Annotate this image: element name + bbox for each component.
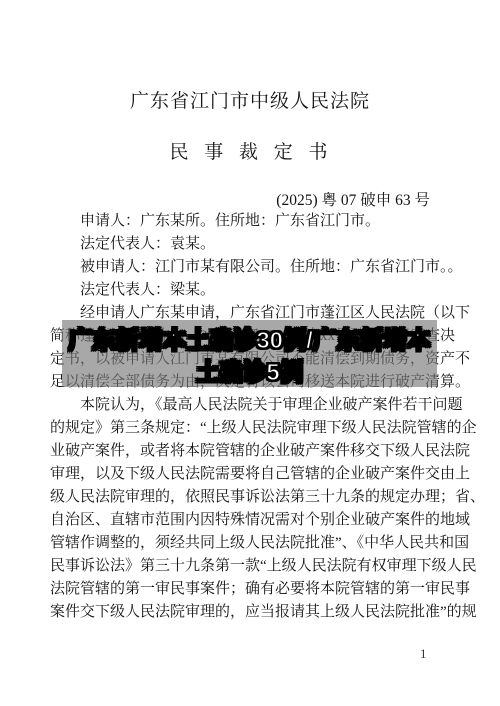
body-line: 审理，以及下级人民法院需要将自己管辖的企业破产案件交由上 — [50, 463, 458, 486]
news-headline-line-1: 广东新增本土确诊30例/广东新增本 — [37, 324, 462, 356]
body-line: 的规定》第三条规定：“上级人民法院审理下级人民法院管辖的企 — [50, 417, 458, 440]
news-headline-text: 广东新增本土确诊30例/广东新增本 土确诊5例 — [37, 324, 462, 388]
body-line: 业破产案件，或者将本院管辖的企业破产案件移交下级人民法院 — [50, 440, 458, 463]
news-headline-overlay: 广东新增本土确诊30例/广东新增本 土确诊5例 — [62, 320, 437, 387]
news-headline-line-2: 土确诊5例 — [37, 356, 462, 388]
body-line: 自治区、直辖市范围内因特殊情况需对个别企业破产案件的地域 — [50, 509, 458, 532]
document-body: 申请人：广东某所。住所地：广东省江门市。 法定代表人：袁某。 被申请人：江门市某… — [50, 210, 458, 624]
body-line: 级人民法院审理的，依照民事诉讼法第三十九条的规定办理；省、 — [50, 486, 458, 509]
body-line: 民事诉讼法》第三十九条第一款“上级人民法院有权审理下级人民 — [50, 555, 458, 578]
body-line: 被申请人：江门市某有限公司。住所地：广东省江门市。。 — [50, 256, 458, 279]
body-line: 管辖作调整的，须经共同上级人民法院批准”、《中华人民共和国 — [50, 532, 458, 555]
body-line: 申请人：广东某所。住所地：广东省江门市。 — [50, 210, 458, 233]
page-number: 1 — [420, 646, 427, 662]
body-line: 法定代表人：梁某。 — [50, 279, 458, 302]
body-line: 案件交下级人民法院审理的，应当报请其上级人民法院批准”的规 — [50, 601, 458, 624]
body-line: 本院认为，《最高人民法院关于审理企业破产案件若干问题 — [50, 394, 458, 417]
court-title: 广东省江门市中级人民法院 — [0, 86, 500, 113]
case-number: (2025) 粤 07 破申 63 号 — [276, 188, 430, 210]
document-type-title: 民 事 裁 定 书 — [0, 137, 500, 164]
court-document-page: 广东省江门市中级人民法院 民 事 裁 定 书 (2025) 粤 07 破申 63… — [0, 0, 500, 706]
body-line: 法院管辖的第一审民事案件；确有必要将本院管辖的第一审民事 — [50, 578, 458, 601]
body-line: 法定代表人：袁某。 — [50, 233, 458, 256]
